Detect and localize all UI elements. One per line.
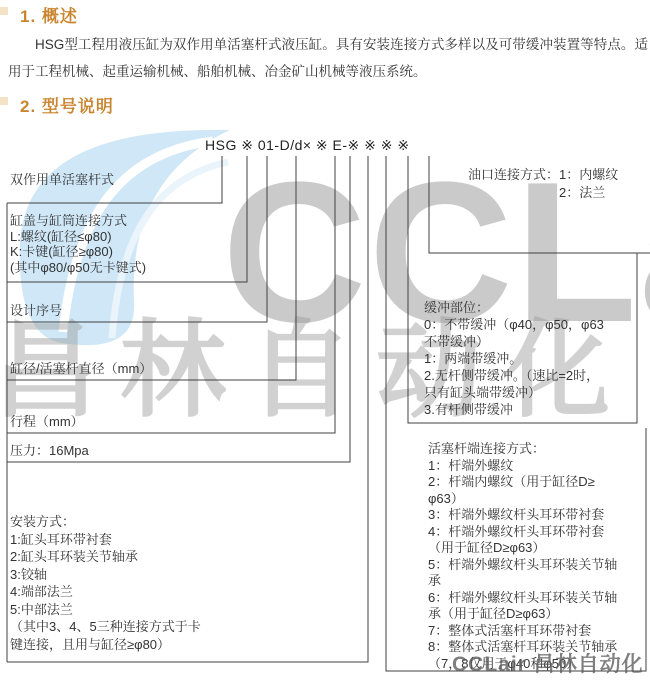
label-line: 6：杆端外螺纹杆头耳环装关节轴 (428, 590, 617, 607)
overview-paragraph: HSG型工程用液压缸为双作用单活塞杆式液压缸。具有安装连接方式多样以及可带缓冲装… (8, 31, 648, 85)
label-line: 2:缸头耳环装关节轴承 (10, 548, 201, 566)
label-line: 1：两端带缓冲。 (424, 350, 604, 367)
label-line: 7：整体式活塞杆耳环带衬套 (428, 623, 617, 640)
label-line: 缸径/活塞杆直径（mm） (10, 361, 152, 376)
label-line: φ63） (428, 491, 617, 508)
label-line: 设计序号 (10, 303, 62, 318)
document-page: CCLair 昌林自动化 1. 概述 HSG型工程用液压缸为双作用单活塞杆式液压… (0, 0, 650, 685)
label-port-connection: 油口连接方式：1：内螺纹2：法兰 (468, 166, 618, 202)
label-mounting-style: 安装方式：1:缸头耳环带衬套2:缸头耳环装关节轴承3:铰轴4:端部法兰5:中部法… (10, 513, 201, 653)
label-line: 3:铰轴 (10, 566, 201, 584)
label-line: 5：杆端外螺纹杆头耳环装关节轴 (428, 557, 617, 574)
label-line: 4：杆端外螺纹杆头耳环带衬套 (428, 524, 617, 541)
label-line: 压力：16Mpa (10, 443, 89, 458)
label-line: 1：杆端外螺纹 (428, 458, 617, 475)
label-line: 键连接，且用与缸径≥φ80） (10, 636, 201, 654)
label-line: （用于缸径D≥φ63） (428, 540, 617, 557)
label-bore-rod-diameter: 缸径/活塞杆直径（mm） (10, 361, 152, 376)
label-head-connection: 缸盖与缸筒连接方式L:螺纹(缸径≤φ80)K:卡键(缸径≥φ80)(其中φ80/… (10, 213, 146, 275)
section-bullet-icon (0, 7, 8, 15)
label-line: 1:缸头耳环带衬套 (10, 531, 201, 549)
section-bullet-icon (0, 97, 8, 105)
label-line: 承 (428, 573, 617, 590)
label-line: L:螺纹(缸径≤φ80) (10, 229, 146, 245)
label-line: 承（用于缸径D≥φ63） (428, 606, 617, 623)
label-line: 缸盖与缸筒连接方式 (10, 213, 146, 229)
label-line: 油口连接方式：1：内螺纹 (468, 166, 618, 184)
label-line: 双作用单活塞杆式 (10, 172, 114, 187)
label-line: 活塞杆端连接方式： (428, 441, 617, 458)
label-line: 2：法兰 (468, 184, 618, 202)
label-pressure: 压力：16Mpa (10, 443, 89, 458)
label-line: （其中3、4、5三种连接方式于卡 (10, 618, 201, 636)
label-line: K:卡键(缸径≥φ80) (10, 244, 146, 260)
label-line: 只有缸头端带缓冲） (424, 384, 604, 401)
label-stroke: 行程（mm） (10, 414, 84, 429)
label-rod-end-connection: 活塞杆端连接方式：1：杆端外螺纹2：杆端内螺纹（用于缸径D≥φ63）3：杆端外螺… (428, 441, 617, 672)
model-heading: 2. 型号说明 (20, 92, 114, 117)
label-line: 不带缓冲） (424, 333, 604, 350)
overview-heading: 1. 概述 (20, 2, 78, 27)
model-code: HSG ※ 01-D/d× ※ E-※ ※ ※ ※ (205, 137, 410, 154)
label-line: 5:中部法兰 (10, 601, 201, 619)
label-line: 2：杆端内螺纹（用于缸径D≥ (428, 474, 617, 491)
label-design-series: 设计序号 (10, 303, 62, 318)
label-line: 0：不带缓冲（φ40，φ50，φ63 (424, 316, 604, 333)
label-line: 2.无杆侧带缓冲。（速比=2时， (424, 367, 604, 384)
label-cushion-position: 缓冲部位：0：不带缓冲（φ40，φ50，φ63不带缓冲）1：两端带缓冲。2.无杆… (424, 299, 604, 418)
watermark-small-text: CCLair 昌林自动化 (452, 648, 644, 678)
label-line: 行程（mm） (10, 414, 84, 429)
label-line: (其中φ80/φ50无卡键式) (10, 260, 146, 276)
label-line: 3：杆端外螺纹杆头耳环带衬套 (428, 507, 617, 524)
label-line: 缓冲部位： (424, 299, 604, 316)
label-double-acting: 双作用单活塞杆式 (10, 172, 114, 187)
label-line: 3.有杆侧带缓冲 (424, 401, 604, 418)
label-line: 4:端部法兰 (10, 583, 201, 601)
label-line: 安装方式： (10, 513, 201, 531)
